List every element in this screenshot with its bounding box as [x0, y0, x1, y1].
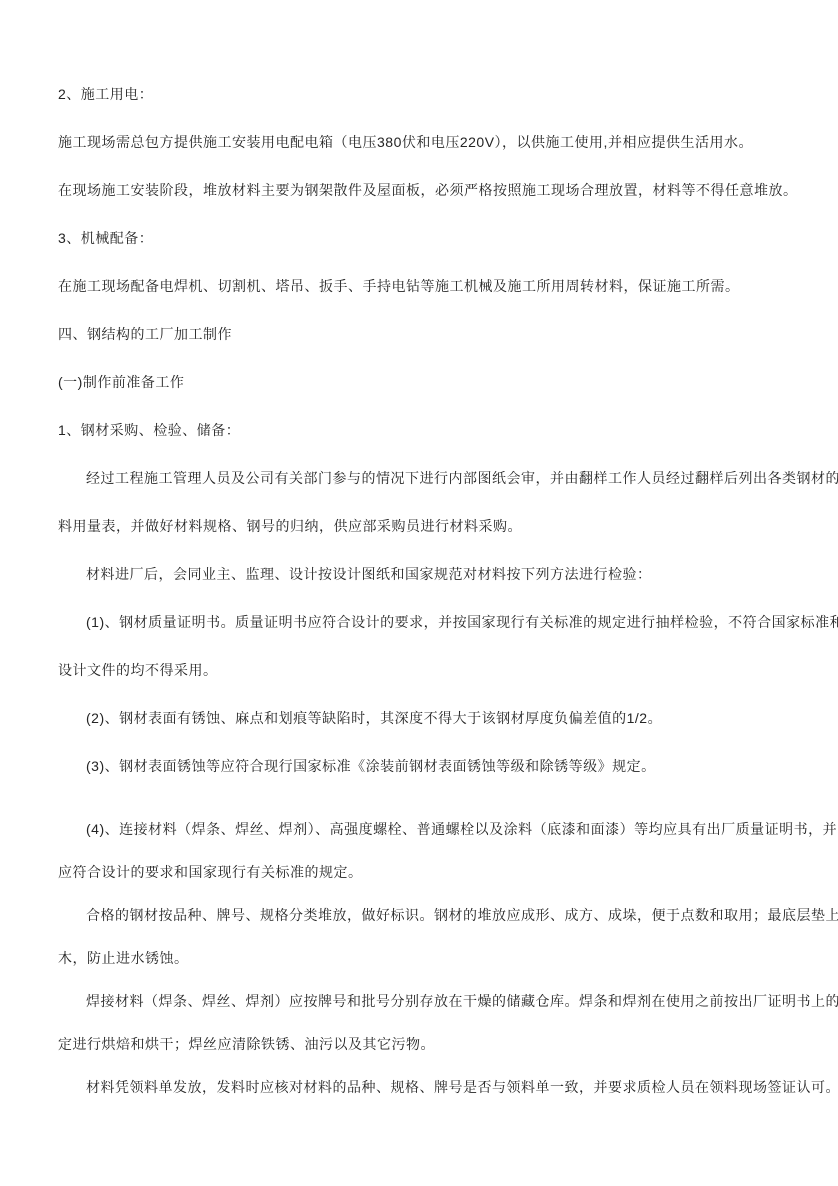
text-line: (2)、钢材表面有锈蚀、麻点和划痕等缺陷时，其深度不得大于该钢材厚度负偏差值的1… [58, 708, 788, 728]
text-line: 四、钢结构的工厂加工制作 [58, 324, 788, 344]
document-page: 2、施工用电：施工现场需总包方提供施工安装用电配电箱（电压380伏和电压220V… [0, 0, 838, 1186]
text-line: 在现场施工安装阶段，堆放材料主要为钢架散件及屋面板，必须严格按照施工现场合理放置… [58, 180, 788, 200]
text-line: 材料凭领料单发放，发料时应核对材料的品种、规格、牌号是否与领料单一致，并要求质检… [58, 1077, 788, 1097]
text-line: 焊接材料（焊条、焊丝、焊剂）应按牌号和批号分别存放在干燥的储藏仓库。焊条和焊剂在… [58, 991, 788, 1011]
text-line: (一)制作前准备工作 [58, 372, 788, 392]
text-line: 料用量表，并做好材料规格、钢号的归纳，供应部采购员进行材料采购。 [58, 516, 788, 536]
text-line: 定进行烘焙和烘干；焊丝应清除铁锈、油污以及其它污物。 [58, 1034, 788, 1054]
text-line: 应符合设计的要求和国家现行有关标准的规定。 [58, 862, 788, 882]
text-line: 经过工程施工管理人员及公司有关部门参与的情况下进行内部图纸会审，并由翻样工作人员… [58, 468, 788, 488]
text-line: 3、机械配备： [58, 228, 788, 248]
text-line: 木，防止进水锈蚀。 [58, 948, 788, 968]
text-line: (3)、钢材表面锈蚀等应符合现行国家标准《涂装前钢材表面锈蚀等级和除锈等级》规定… [58, 756, 788, 776]
text-line: 施工现场需总包方提供施工安装用电配电箱（电压380伏和电压220V），以供施工使… [58, 132, 788, 152]
text-line: 设计文件的均不得采用。 [58, 660, 788, 680]
text-line: (1)、钢材质量证明书。质量证明书应符合设计的要求，并按国家现行有关标准的规定进… [58, 612, 788, 632]
text-line: 材料进厂后，会同业主、监理、设计按设计图纸和国家规范对材料按下列方法进行检验： [58, 564, 788, 584]
text-line: 2、施工用电： [58, 84, 788, 104]
document-body: 2、施工用电：施工现场需总包方提供施工安装用电配电箱（电压380伏和电压220V… [0, 0, 838, 1097]
text-line: 合格的钢材按品种、牌号、规格分类堆放，做好标识。钢材的堆放应成形、成方、成垛，便… [58, 905, 788, 925]
text-line: 1、钢材采购、检验、储备： [58, 420, 788, 440]
text-line: 在施工现场配备电焊机、切割机、塔吊、扳手、手持电钻等施工机械及施工所用周转材料，… [58, 276, 788, 296]
text-line: (4)、连接材料（焊条、焊丝、焊剂）、高强度螺栓、普通螺栓以及涂料（底漆和面漆）… [58, 819, 788, 839]
